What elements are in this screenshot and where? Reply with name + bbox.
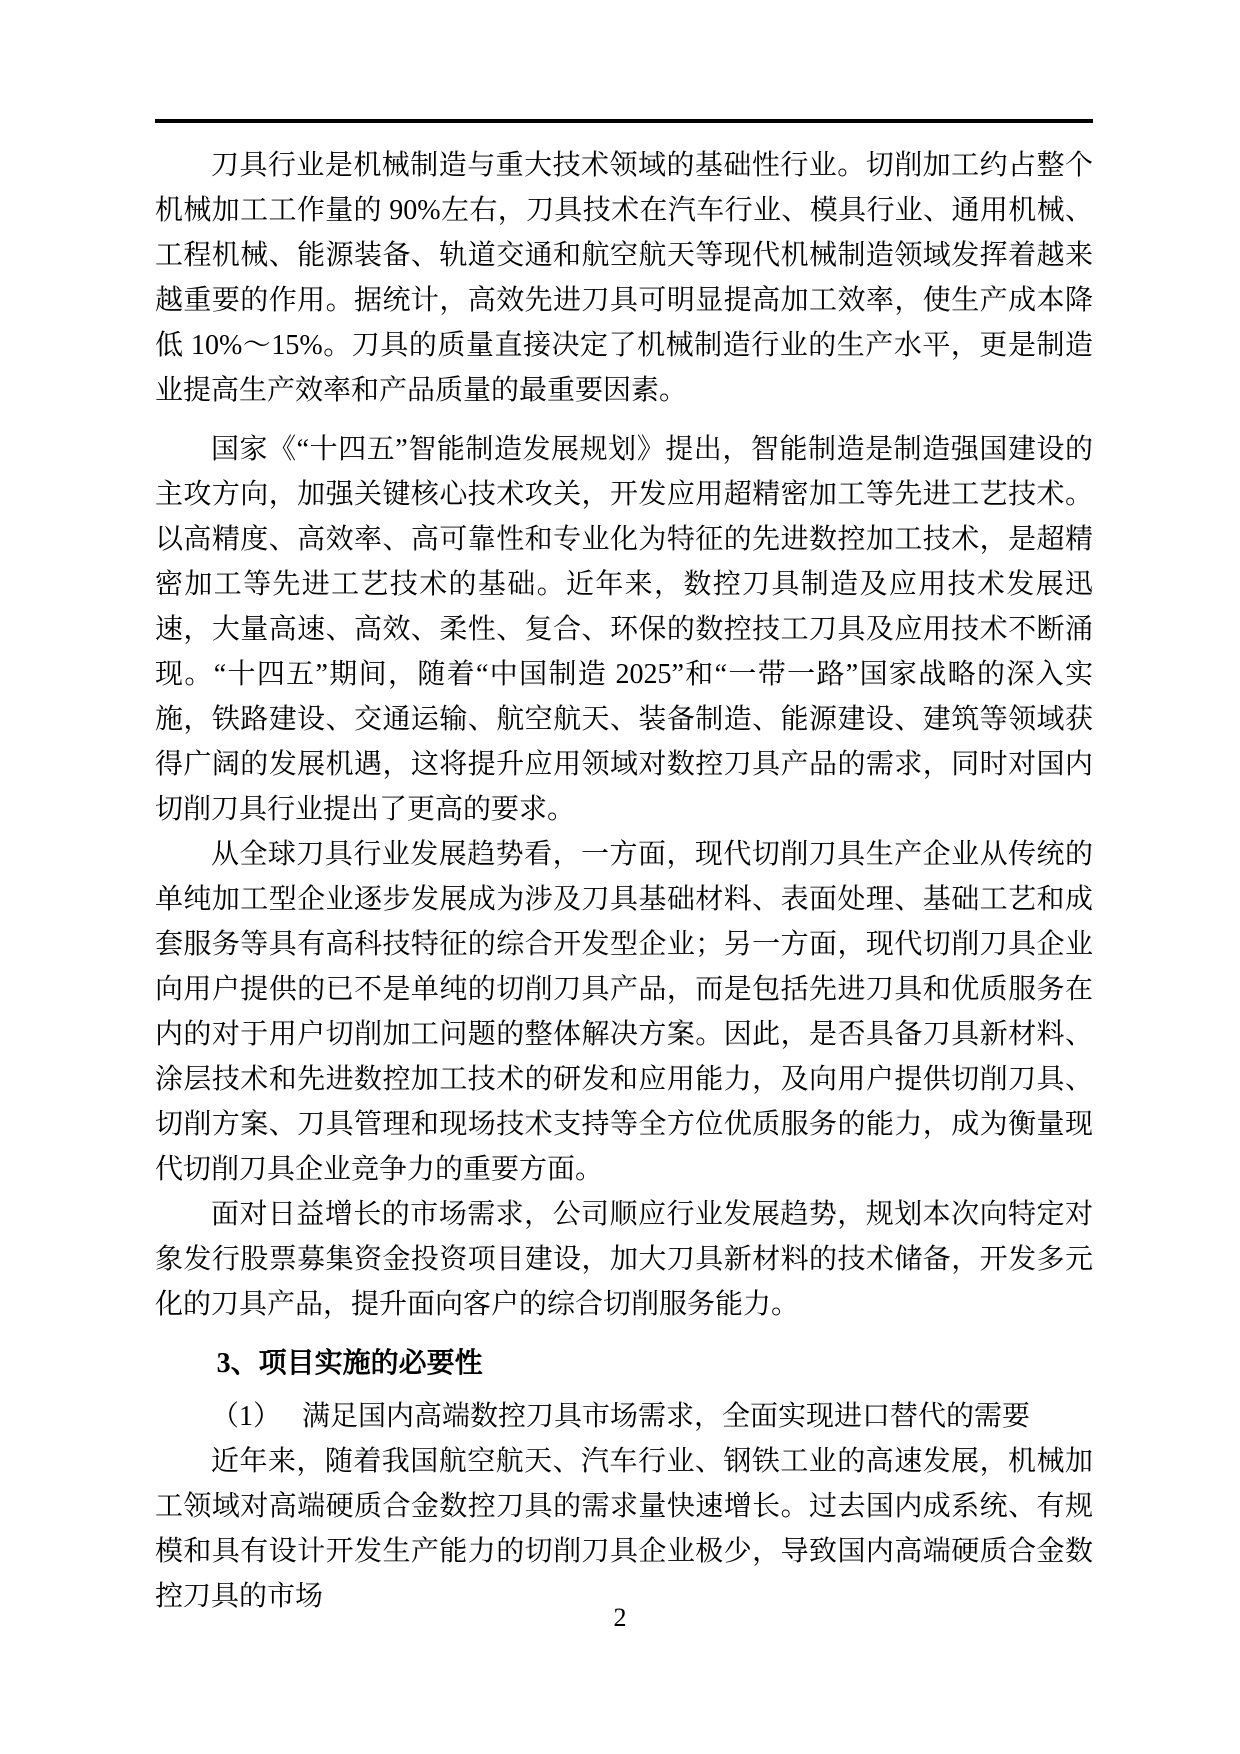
page-number: 2 xyxy=(0,1602,1240,1634)
header-rule xyxy=(155,119,1093,123)
body-paragraph: 刀具行业是机械制造与重大技术领域的基础性行业。切削加工约占整个机械加工工作量的 … xyxy=(155,143,1093,413)
body-paragraph: 国家《“十四五”智能制造发展规划》提出，智能制造是制造强国建设的主攻方向，加强关… xyxy=(155,427,1093,832)
subsection-heading: （1） 满足国内高端数控刀具市场需求，全面实现进口替代的需要 xyxy=(155,1394,1093,1439)
body-paragraph: 面对日益增长的市场需求，公司顺应行业发展趋势，规划本次向特定对象发行股票募集资金… xyxy=(155,1192,1093,1327)
section-heading: 3、项目实施的必要性 xyxy=(155,1341,1093,1386)
body-paragraph: 近年来，随着我国航空航天、汽车行业、钢铁工业的高速发展，机械加工领域对高端硬质合… xyxy=(155,1439,1093,1619)
document-page: 刀具行业是机械制造与重大技术领域的基础性行业。切削加工约占整个机械加工工作量的 … xyxy=(0,0,1240,1754)
page-body: 刀具行业是机械制造与重大技术领域的基础性行业。切削加工约占整个机械加工工作量的 … xyxy=(155,143,1093,1619)
body-paragraph: 从全球刀具行业发展趋势看，一方面，现代切削刀具生产企业从传统的单纯加工型企业逐步… xyxy=(155,832,1093,1192)
